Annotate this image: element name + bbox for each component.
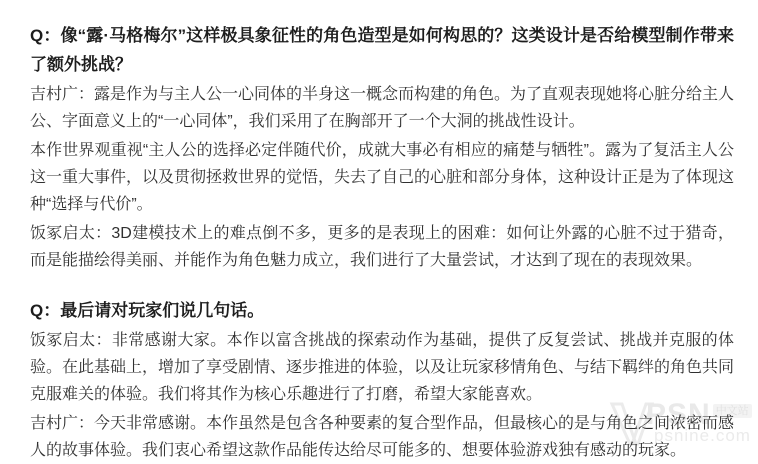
qa-section-1: Q：像“露·马格梅尔”这样极具象征性的角色造型是如何构思的？这类设计是否给模型制…	[30, 21, 734, 274]
answer-paragraph-iizuka-2: 饭冢启太：非常感谢大家。本作以富含挑战的探索动作为基础，提供了反复尝试、挑战并克…	[30, 327, 734, 408]
answer-paragraph-yoshimura-3: 吉村广：今天非常感谢。本作虽然是包含各种要素的复合型作品，但最核心的是与角色之间…	[30, 410, 734, 464]
qa-section-2: Q：最后请对玩家们说几句话。 饭冢启太：非常感谢大家。本作以富含挑战的探索动作为…	[30, 296, 734, 464]
interview-article: Q：像“露·马格梅尔”这样极具象征性的角色造型是如何构思的？这类设计是否给模型制…	[0, 0, 758, 464]
question-2-heading: Q：最后请对玩家们说几句话。	[30, 296, 734, 325]
question-1-heading: Q：像“露·马格梅尔”这样极具象征性的角色造型是如何构思的？这类设计是否给模型制…	[30, 21, 734, 79]
answer-paragraph-yoshimura-2: 本作世界观重视“主人公的选择必定伴随代价，成就大事必有相应的痛楚与牺牲”。露为了…	[30, 137, 734, 218]
answer-paragraph-yoshimura-1: 吉村广：露是作为与主人公一心同体的半身这一概念而构建的角色。为了直观表现她将心脏…	[30, 81, 734, 135]
answer-paragraph-iizuka-1: 饭冢启太：3D建模技术上的难点倒不多，更多的是表现上的困难：如何让外露的心脏不过…	[30, 220, 734, 274]
